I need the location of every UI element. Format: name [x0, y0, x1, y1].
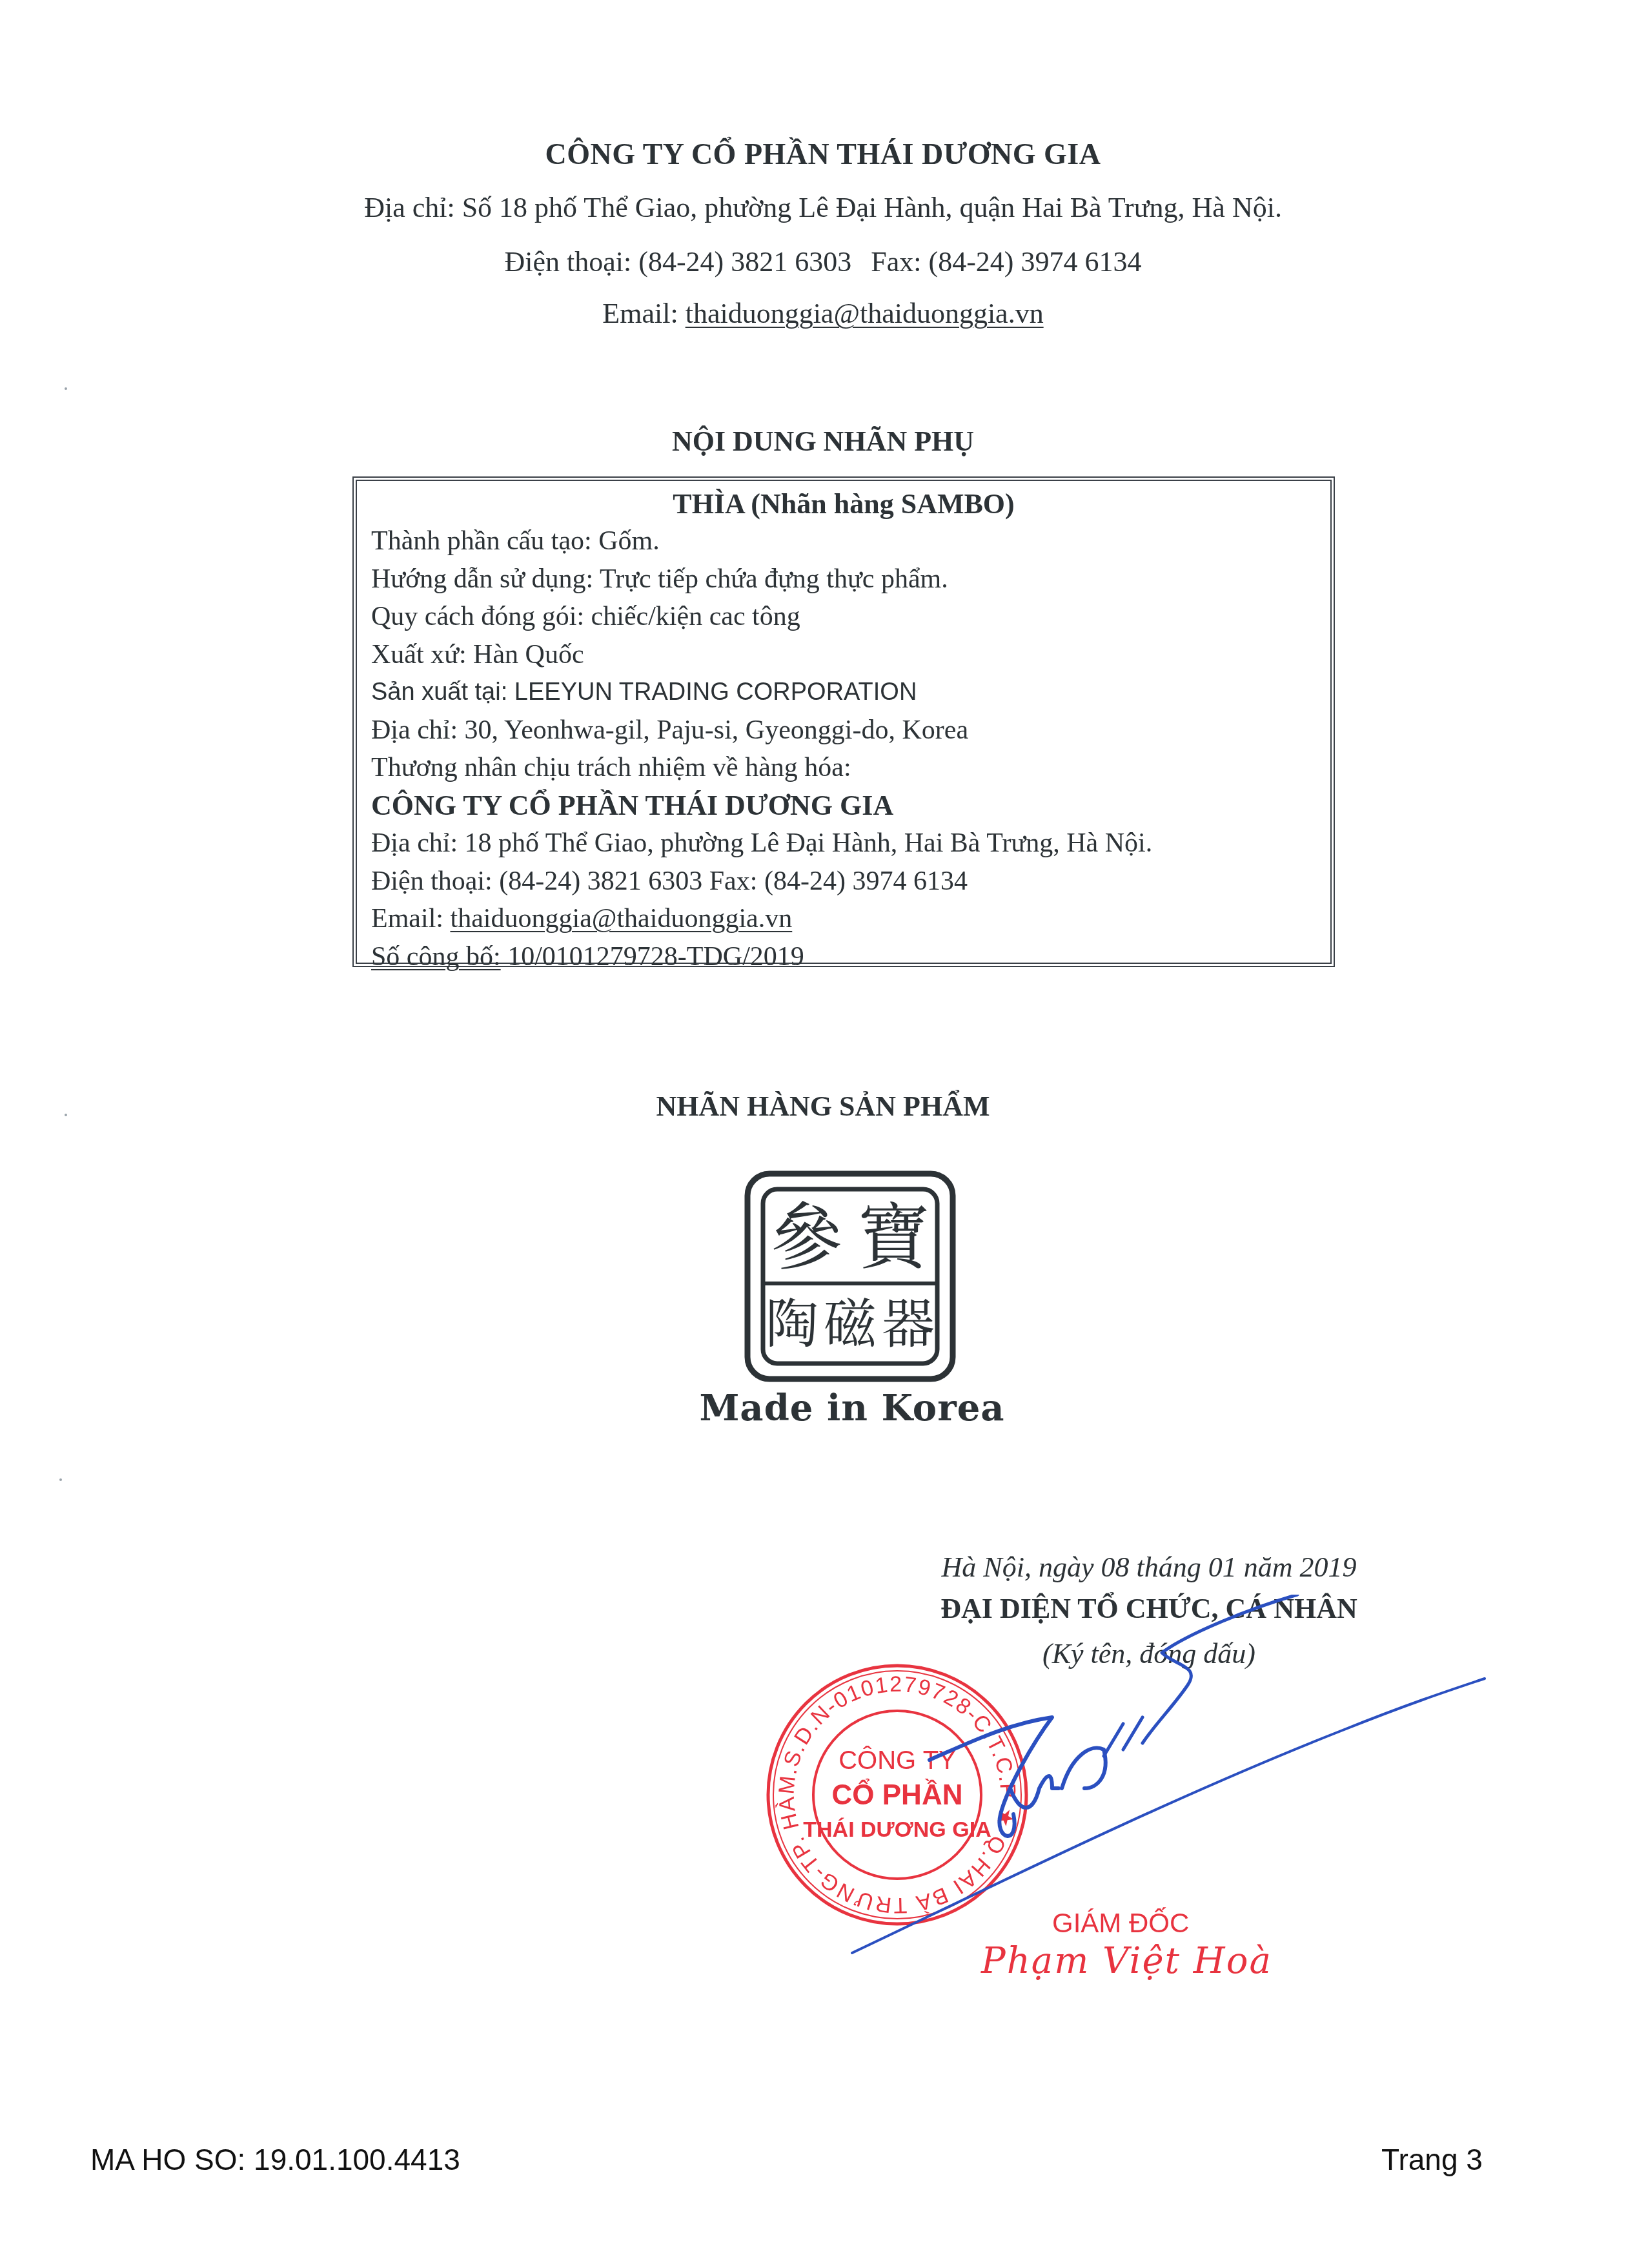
- company-name: CÔNG TY CỔ PHẦN THÁI DƯƠNG GIA: [0, 137, 1646, 171]
- email-label: Email:: [602, 298, 685, 329]
- responsible-email-line: Email: thaiduonggia@thaiduonggia.vn: [371, 900, 1152, 938]
- secondary-label-box: THÌA (Nhãn hàng SAMBO) Thành phần cấu tạ…: [352, 476, 1335, 967]
- signatory-name: Phạm Việt Hoà: [981, 1940, 1272, 1982]
- publication-number: 10/0101279728-TDG/2019: [501, 942, 804, 972]
- responsible-company: CÔNG TY CỔ PHẦN THÁI DƯƠNG GIA: [371, 787, 1152, 825]
- company-email-line: Email: thaiduonggia@thaiduonggia.vn: [0, 297, 1646, 330]
- label-line-manufacturer-address: Địa chỉ: 30, Yeonhwa-gil, Paju-si, Gyeon…: [371, 711, 1152, 750]
- label-line-responsible: Thương nhân chịu trách nhiệm về hàng hóa…: [371, 749, 1152, 787]
- signature-date: Hà Nội, ngày 08 tháng 01 năm 2019: [839, 1551, 1459, 1584]
- made-in-korea: Made in Korea: [678, 1387, 1026, 1429]
- product-label-title: NHÃN HÀNG SẢN PHẨM: [0, 1090, 1646, 1123]
- logo-char: 寶: [858, 1202, 930, 1274]
- responsible-phone-fax: Điện thoại: (84-24) 3821 6303 Fax: (84-2…: [371, 863, 1152, 901]
- label-details: Thành phần cấu tạo: Gốm. Hướng dẫn sử dụ…: [371, 522, 1152, 976]
- sambo-brand-logo: 參 寶 陶 磁 器: [744, 1170, 957, 1383]
- scan-speck: [65, 387, 67, 390]
- scan-speck: [65, 1114, 67, 1116]
- publication-label: Số công bố:: [371, 942, 501, 972]
- logo-char: 磁: [824, 1298, 877, 1351]
- publication-number-line: Số công bố: 10/0101279728-TDG/2019: [371, 938, 1152, 976]
- email-label: Email:: [371, 904, 450, 934]
- label-line-composition: Thành phần cấu tạo: Gốm.: [371, 522, 1152, 560]
- company-email-link[interactable]: thaiduonggia@thaiduonggia.vn: [686, 298, 1044, 329]
- logo-char: 器: [882, 1298, 935, 1351]
- company-phone: Điện thoại: (84-24) 3821 6303: [505, 246, 852, 278]
- responsible-address: Địa chỉ: 18 phố Thể Giao, phường Lê Đại …: [371, 824, 1152, 863]
- company-fax: Fax: (84-24) 3974 6134: [871, 246, 1141, 278]
- label-line-packaging: Quy cách đóng gói: chiếc/kiện cac tông: [371, 598, 1152, 636]
- label-line-manufacturer: Sản xuất tại: LEEYUN TRADING CORPORATION: [371, 673, 1152, 711]
- company-address: Địa chỉ: Số 18 phố Thể Giao, phường Lê Đ…: [0, 191, 1646, 224]
- responsible-email-link[interactable]: thaiduonggia@thaiduonggia.vn: [450, 904, 792, 934]
- logo-char: 陶: [766, 1298, 818, 1351]
- page-number: Trang 3: [1381, 2142, 1483, 2177]
- scan-speck: [59, 1478, 62, 1481]
- secondary-label-title: NỘI DUNG NHÃN PHỤ: [0, 425, 1646, 458]
- signatory-title: GIÁM ĐỐC: [1052, 1908, 1189, 1939]
- logo-char: 參: [771, 1202, 843, 1274]
- file-code: MA HO SO: 19.01.100.4413: [90, 2142, 460, 2177]
- product-title: THÌA (Nhãn hàng SAMBO): [357, 487, 1330, 520]
- label-line-usage: Hướng dẫn sử dụng: Trực tiếp chứa đựng t…: [371, 560, 1152, 598]
- company-contact: Điện thoại: (84-24) 3821 6303Fax: (84-24…: [0, 245, 1646, 278]
- label-line-origin: Xuất xứ: Hàn Quốc: [371, 636, 1152, 674]
